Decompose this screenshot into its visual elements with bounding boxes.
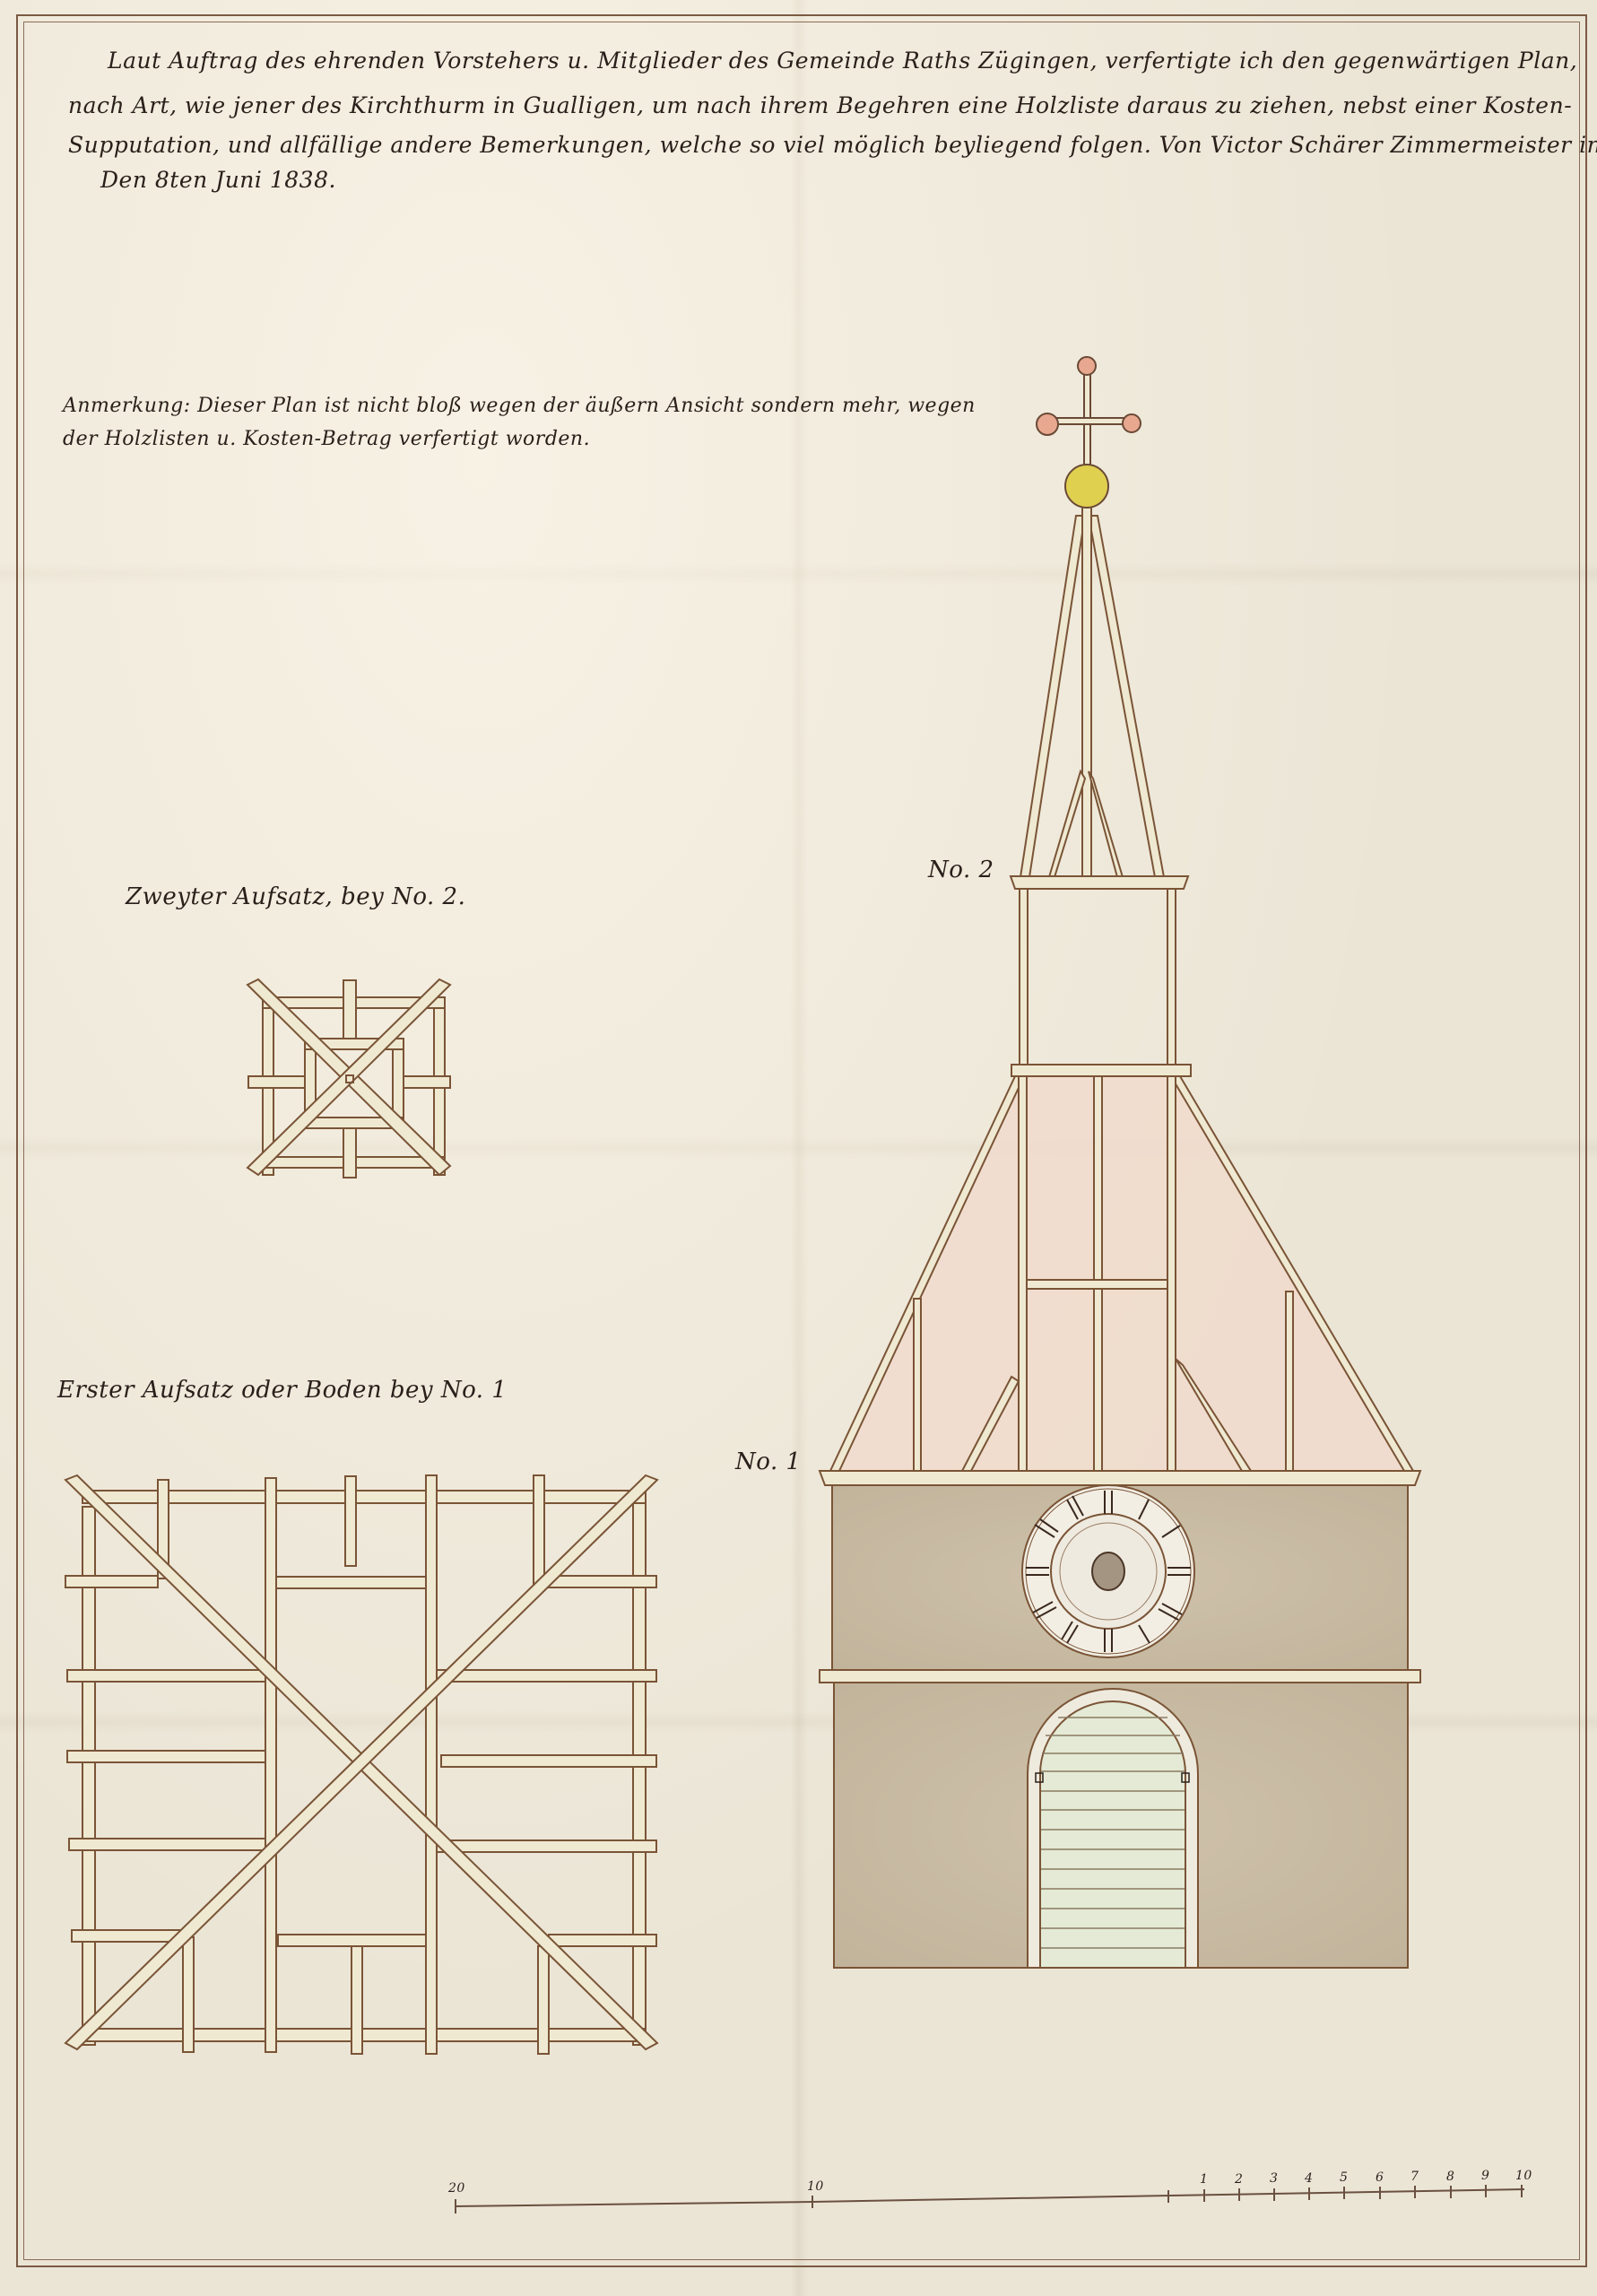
scale-label-3: 3: [1270, 2171, 1278, 2186]
plan-2-framing: [247, 979, 450, 1178]
spire-cross: [1037, 357, 1141, 508]
scale-label-10-fine: 10: [1515, 2169, 1532, 2183]
scale-label-1: 1: [1200, 2172, 1208, 2187]
arched-door: [1028, 1689, 1198, 1968]
scale-label-2: 2: [1235, 2172, 1243, 2187]
scale-label-10: 10: [807, 2179, 824, 2194]
scale-label-4: 4: [1305, 2171, 1313, 2186]
scale-label-9: 9: [1481, 2169, 1489, 2183]
technical-drawing: [0, 0, 1597, 2296]
scale-label-6: 6: [1376, 2170, 1384, 2185]
tower-elevation: [820, 357, 1420, 1968]
scale-label-5: 5: [1340, 2170, 1348, 2185]
plan-1-framing: [65, 1475, 657, 2054]
scale-label-8: 8: [1446, 2170, 1454, 2184]
scale-label-7: 7: [1410, 2170, 1419, 2184]
drawing-sheet: Laut Auftrag des ehrenden Vorstehers u. …: [0, 0, 1597, 2296]
scale-label-20: 20: [448, 2181, 465, 2196]
scale-bar: [456, 2185, 1524, 2213]
clock-face: [1022, 1485, 1194, 1657]
